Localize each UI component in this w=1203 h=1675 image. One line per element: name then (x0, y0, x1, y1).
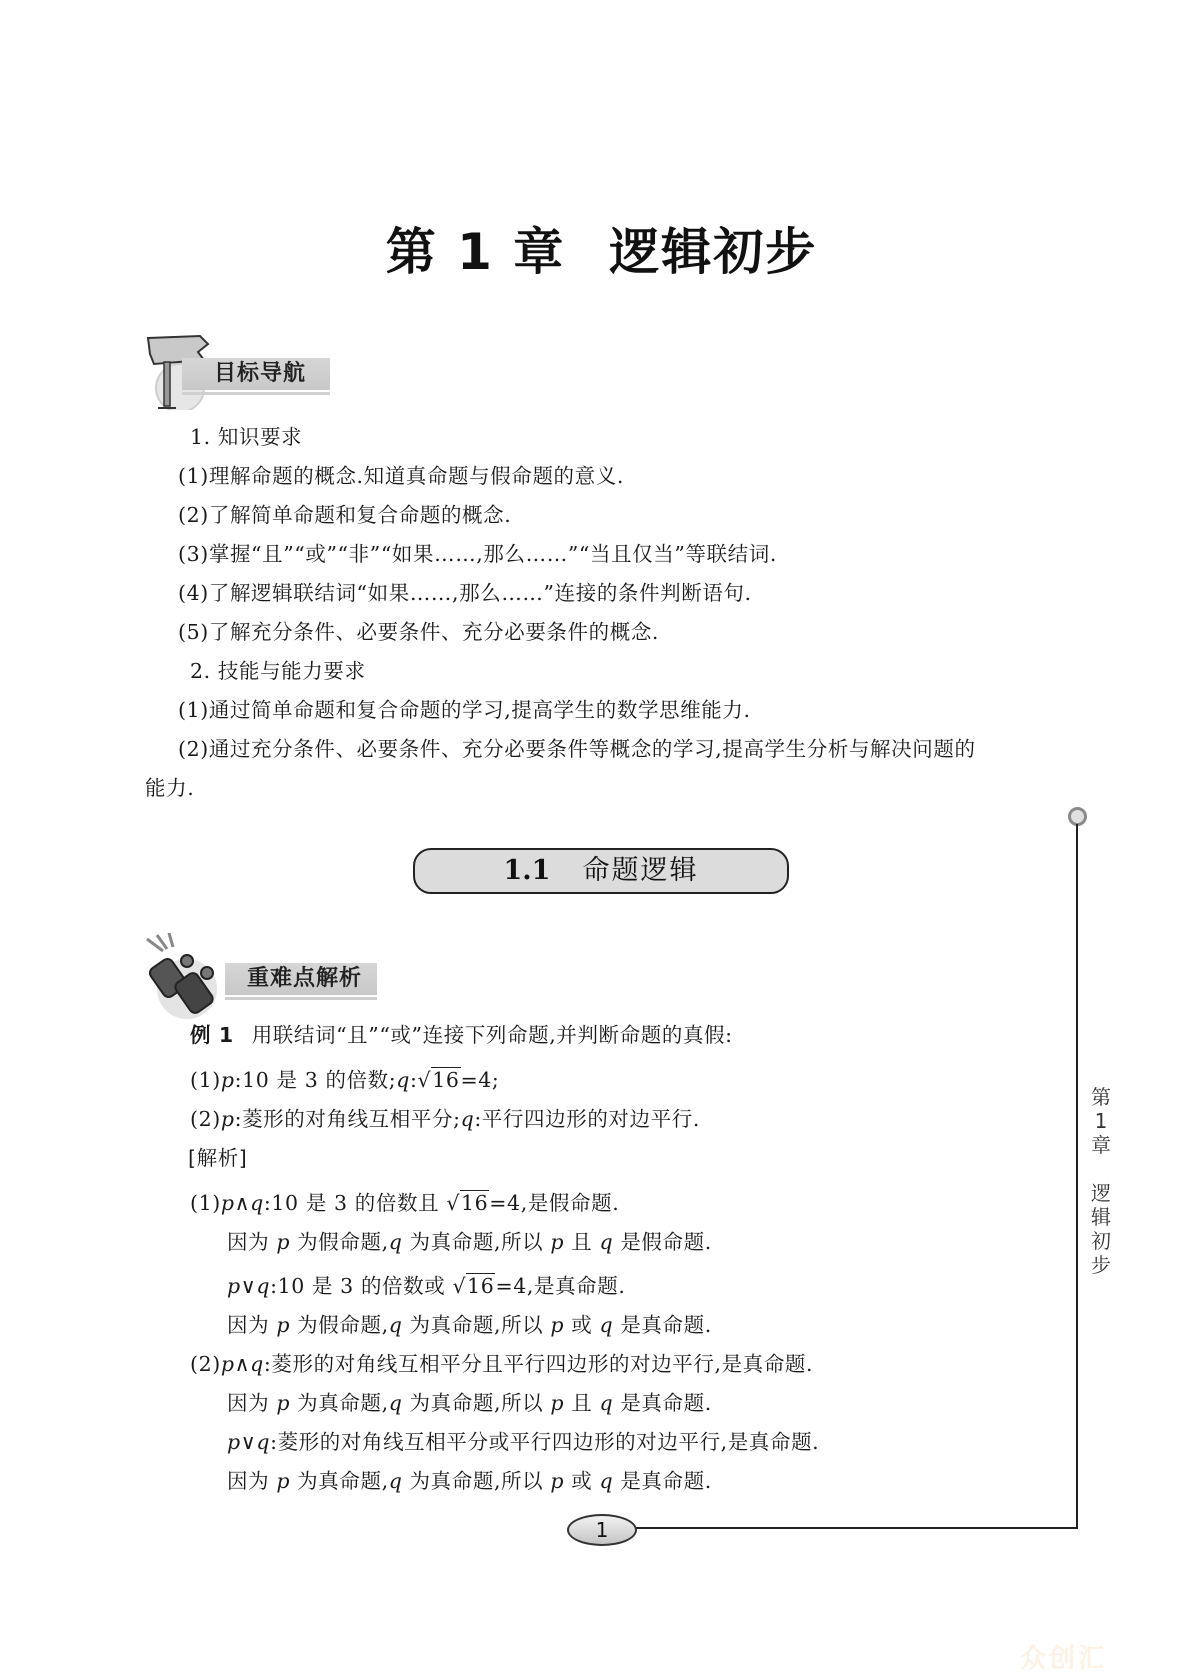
solution-reason: 因为 p 为假命题,q 为真命题,所以 p 且 q 是假命题. (227, 1228, 712, 1256)
goal-line: (1)通过简单命题和复合命题的学习,提高学生的数学思维能力. (178, 696, 751, 724)
solution-reason: 因为 p 为假命题,q 为真命题,所以 p 或 q 是真命题. (227, 1311, 712, 1339)
example-item: (1)p:10 是 3 的倍数;q:√16=4; (190, 1066, 499, 1094)
goal-line: (5)了解充分条件、必要条件、充分必要条件的概念. (178, 618, 659, 646)
chapter-name: 逻辑初步 (609, 223, 817, 281)
side-chapter-tab: 第 1 章 逻 辑 初 步 (1088, 1085, 1114, 1277)
section-title: 命题逻辑 (582, 855, 698, 886)
section-header: 1.1命题逻辑 (413, 848, 789, 894)
goals-banner: 目标导航 (142, 350, 330, 394)
example-label: 例 1 (190, 1023, 234, 1047)
goal-line: 能力. (145, 774, 194, 802)
watermark-logo: 众创汇 (1020, 1638, 1107, 1675)
section-number: 1.1 (504, 855, 551, 886)
goals-banner-label: 目标导航 (214, 358, 306, 390)
goal-line: (2)了解简单命题和复合命题的概念. (178, 501, 511, 529)
goal-line: (4)了解逻辑联结词“如果……,那么……”连接的条件判断语句. (178, 579, 752, 607)
solution-reason: 因为 p 为真命题,q 为真命题,所以 p 或 q 是真命题. (227, 1467, 712, 1495)
goal-line: (2)通过充分条件、必要条件、充分必要条件等概念的学习,提高学生分析与解决问题的 (178, 735, 976, 763)
analysis-label: [解析] (188, 1144, 247, 1172)
sqrt-expression: √16 (418, 1067, 461, 1092)
solution-reason: 因为 p 为真命题,q 为真命题,所以 p 且 q 是真命题. (227, 1389, 712, 1417)
solution-line: p∨q:10 是 3 的倍数或 √16=4,是真命题. (227, 1272, 626, 1300)
sqrt-expression: √16 (446, 1190, 489, 1215)
goal-line: 2. 技能与能力要求 (190, 657, 366, 685)
example-prompt: 例 1用联结词“且”“或”连接下列命题,并判断命题的真假: (190, 1021, 733, 1049)
binoculars-icon (141, 933, 231, 1023)
footer-horizontal-rule (632, 1527, 1078, 1529)
chapter-number: 第 1 章 (386, 223, 566, 281)
goal-line: (1)理解命题的概念.知道真命题与假命题的意义. (178, 462, 624, 490)
solution-line: p∨q:菱形的对角线互相平分或平行四边形的对边平行,是真命题. (227, 1428, 819, 1456)
example-item: (2)p:菱形的对角线互相平分;q:平行四边形的对边平行. (190, 1105, 700, 1133)
goal-line: 1. 知识要求 (190, 423, 302, 451)
chapter-title: 第 1 章逻辑初步 (0, 212, 1203, 284)
solution-line: (1)p∧q:10 是 3 的倍数且 √16=4,是假命题. (190, 1189, 619, 1217)
key-points-banner-label: 重难点解析 (247, 963, 362, 995)
sqrt-expression: √16 (452, 1273, 495, 1298)
side-vertical-rule (1076, 824, 1078, 1529)
goal-line: (3)掌握“且”“或”“非”“如果……,那么……”“当且仅当”等联结词. (178, 540, 777, 568)
key-points-banner: 重难点解析 (145, 955, 377, 999)
solution-line: (2)p∧q:菱形的对角线互相平分且平行四边形的对边平行,是真命题. (190, 1350, 813, 1378)
page-number-badge: 1 (567, 1514, 637, 1546)
